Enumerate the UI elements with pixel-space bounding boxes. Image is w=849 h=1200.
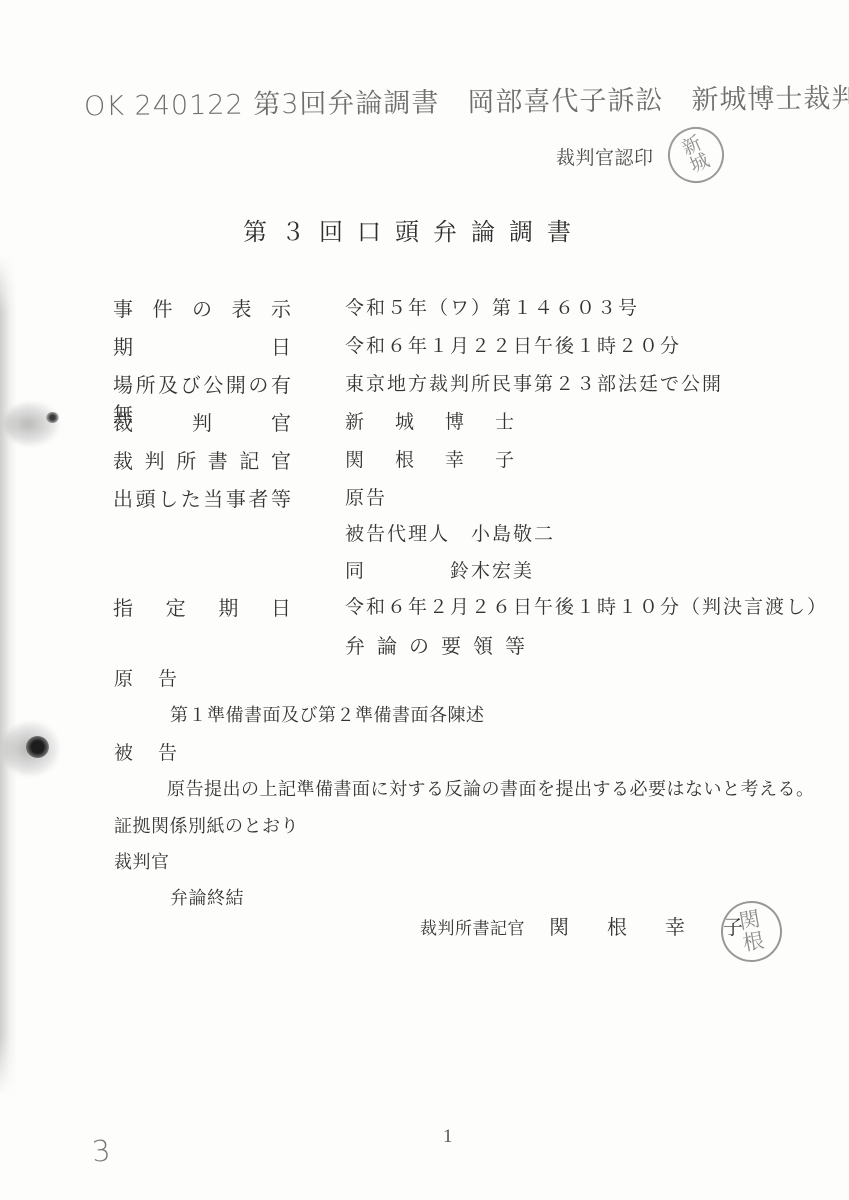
field-value: 同 鈴木宏美 <box>345 556 534 583</box>
judge-approval-seal-stamp-icon: 新 城 <box>659 118 733 192</box>
handwritten-page-number: 3 <box>91 1133 112 1168</box>
record-field-row: 被告代理人 小島敬二 <box>0 519 849 545</box>
defendant-statement: 原告提出の上記準備書面に対する反論の書面を提出する必要はないと考える。 <box>167 775 815 801</box>
judge-heading: 裁判官 <box>114 848 170 874</box>
field-label: 出頭した当事者等 <box>113 483 291 512</box>
handwritten-annotation: OK 240122 第3回弁論調書 岡部喜代子訴訟 新城博士裁判官 <box>84 76 849 123</box>
clerk-role-label: 裁判所書記官 <box>420 919 525 938</box>
clerk-seal-stamp-icon: 関 根 <box>716 896 787 967</box>
field-label: 裁判官 <box>113 407 291 436</box>
defendant-heading: 被 告 <box>114 738 180 765</box>
seal-character: 根 <box>741 930 765 955</box>
field-value: 関 根 幸 子 <box>345 445 520 472</box>
record-field-row: 指定期日 令和６年２月２６日午後１時１０分（判決言渡し） <box>0 592 849 618</box>
record-field-row: 裁判所書記官 関 根 幸 子 <box>0 445 849 471</box>
page-number: 1 <box>443 1126 453 1148</box>
seal-character: 城 <box>687 151 712 176</box>
field-value: 東京地方裁判所民事第２３部法廷で公開 <box>345 369 723 396</box>
field-value: 弁論の要領等 <box>345 630 537 659</box>
record-field-row: 事件の表示 令和５年（ワ）第１４６０３号 <box>0 293 849 319</box>
record-field-row: 同 鈴木宏美 <box>0 556 849 582</box>
clerk-signature-line: 裁判所書記官関 根 幸 子 <box>420 911 752 940</box>
field-value: 原告 <box>345 483 387 510</box>
field-label: 事件の表示 <box>113 293 291 322</box>
scanned-court-record-page: OK 240122 第3回弁論調書 岡部喜代子訴訟 新城博士裁判官 裁判官認印 … <box>0 0 849 1200</box>
field-value: 令和６年１月２２日午後１時２０分 <box>345 331 681 358</box>
record-field-row: 弁論の要領等 <box>0 630 849 656</box>
binding-hole-mark <box>26 736 49 758</box>
record-field-row: 期日 令和６年１月２２日午後１時２０分 <box>0 331 849 357</box>
document-title: 第３回口頭弁論調書 <box>243 212 585 247</box>
judge-statement: 弁論終結 <box>170 884 244 910</box>
field-label: 期日 <box>113 331 291 360</box>
field-value: 令和６年２月２６日午後１時１０分（判決言渡し） <box>345 592 828 619</box>
evidence-note: 証拠関係別紙のとおり <box>114 812 299 838</box>
record-field-row: 出頭した当事者等 原告 <box>0 483 849 509</box>
field-value: 新 城 博 士 <box>345 407 520 434</box>
record-field-row: 裁判官 新 城 博 士 <box>0 407 849 433</box>
field-value: 令和５年（ワ）第１４６０３号 <box>345 293 639 320</box>
record-field-row: 場所及び公開の有無 東京地方裁判所民事第２３部法廷で公開 <box>0 369 849 395</box>
plaintiff-heading: 原 告 <box>114 664 180 691</box>
field-value: 被告代理人 小島敬二 <box>345 519 555 546</box>
field-label: 裁判所書記官 <box>113 445 291 474</box>
plaintiff-statement: 第１準備書面及び第２準備書面各陳述 <box>170 701 485 727</box>
judge-seal-caption: 裁判官認印 <box>556 143 654 170</box>
field-label: 指定期日 <box>113 592 291 621</box>
